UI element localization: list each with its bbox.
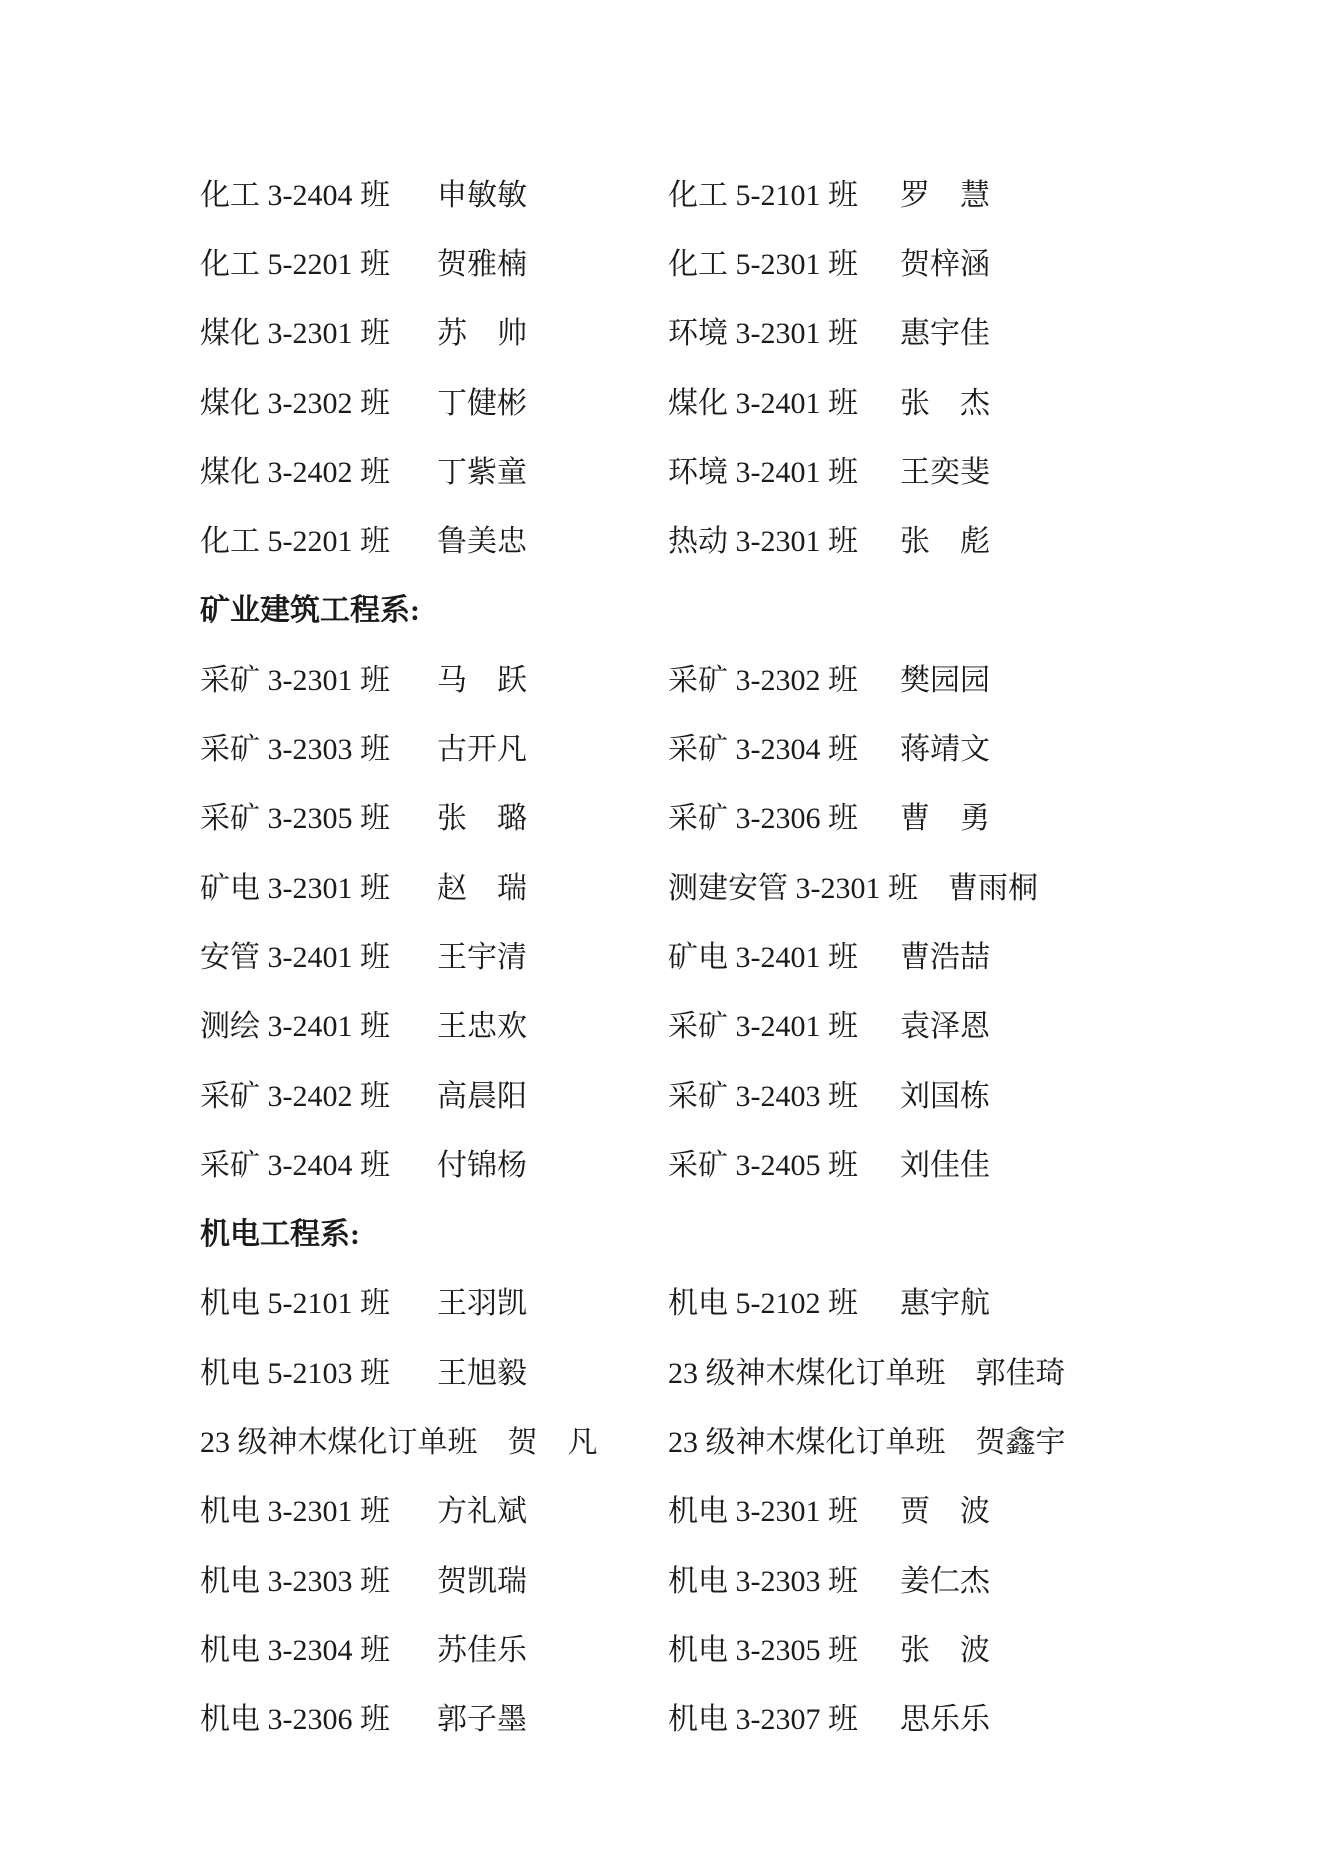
class-label: 采矿 3-2405 班: [668, 1151, 900, 1181]
class-label: 机电 3-2306 班: [200, 1705, 437, 1735]
student-name: 王奕斐: [900, 458, 990, 488]
roster-cell-right: 采矿 3-2405 班 刘佳佳: [668, 1151, 1282, 1181]
student-name: 张 杰: [900, 389, 990, 419]
class-label: 机电 3-2303 班: [668, 1567, 900, 1597]
student-name: 苏 帅: [437, 319, 527, 349]
student-name: 丁健彬: [437, 389, 527, 419]
class-label: 化工 3-2404 班: [200, 181, 437, 211]
class-label: 煤化 3-2301 班: [200, 319, 437, 349]
class-label: 煤化 3-2302 班: [200, 389, 437, 419]
student-name: 方礼斌: [437, 1497, 527, 1527]
class-label: 环境 3-2401 班: [668, 458, 900, 488]
class-label: 采矿 3-2401 班: [668, 1012, 900, 1042]
class-label: 23 级神木煤化订单班: [668, 1359, 976, 1389]
roster-cell-left: 化工 5-2201 班 鲁美忠: [200, 527, 668, 557]
roster-cell-left: 采矿 3-2404 班 付锦杨: [200, 1151, 668, 1181]
content: 化工 3-2404 班 申敏敏 化工 5-2101 班 罗 慧 化工 5-220…: [0, 161, 1322, 1755]
class-label: 23 级神木煤化订单班: [668, 1428, 976, 1458]
student-name: 王旭毅: [437, 1359, 527, 1389]
roster-row: 机电 5-2103 班 王旭毅 23 级神木煤化订单班 郭佳琦: [0, 1339, 1322, 1408]
student-name: 贺雅楠: [437, 250, 527, 280]
roster-cell-left: 机电 3-2304 班 苏佳乐: [200, 1636, 668, 1666]
roster-cell-left: 煤化 3-2302 班 丁健彬: [200, 389, 668, 419]
roster-cell-left: 机电 3-2301 班 方礼斌: [200, 1497, 668, 1527]
class-label: 采矿 3-2304 班: [668, 735, 900, 765]
roster-cell-right: 煤化 3-2401 班 张 杰: [668, 389, 1282, 419]
roster-row: 测绘 3-2401 班 王忠欢 采矿 3-2401 班 袁泽恩: [0, 993, 1322, 1062]
roster-row: 采矿 3-2305 班 张 璐 采矿 3-2306 班 曹 勇: [0, 785, 1322, 854]
roster-row: 矿电 3-2301 班 赵 瑞 测建安管 3-2301 班 曹雨桐: [0, 854, 1322, 923]
section-header: 机电工程系:: [0, 1200, 1322, 1269]
class-label: 煤化 3-2401 班: [668, 389, 900, 419]
student-name: 古开凡: [437, 735, 527, 765]
student-name: 张 波: [900, 1636, 990, 1666]
class-label: 采矿 3-2303 班: [200, 735, 437, 765]
student-name: 苏佳乐: [437, 1636, 527, 1666]
student-name: 申敏敏: [437, 181, 527, 211]
class-label: 安管 3-2401 班: [200, 943, 437, 973]
student-name: 丁紫童: [437, 458, 527, 488]
student-name: 贺鑫宇: [976, 1428, 1066, 1458]
roster-cell-right: 机电 3-2301 班 贾 波: [668, 1497, 1282, 1527]
student-name: 高晨阳: [437, 1082, 527, 1112]
student-name: 王羽凯: [437, 1289, 527, 1319]
roster-cell-left: 煤化 3-2402 班 丁紫童: [200, 458, 668, 488]
class-label: 机电 5-2101 班: [200, 1289, 437, 1319]
student-name: 王宇清: [437, 943, 527, 973]
class-label: 化工 5-2101 班: [668, 181, 900, 211]
student-name: 曹 勇: [900, 804, 990, 834]
class-label: 矿电 3-2301 班: [200, 874, 437, 904]
class-label: 环境 3-2301 班: [668, 319, 900, 349]
student-name: 马 跃: [437, 666, 527, 696]
class-label: 机电 5-2102 班: [668, 1289, 900, 1319]
roster-cell-left: 测绘 3-2401 班 王忠欢: [200, 1012, 668, 1042]
roster-cell-right: 采矿 3-2302 班 樊园园: [668, 666, 1282, 696]
roster-cell-right: 采矿 3-2403 班 刘国栋: [668, 1082, 1282, 1112]
class-label: 机电 3-2301 班: [200, 1497, 437, 1527]
roster-cell-right: 环境 3-2301 班 惠宇佳: [668, 319, 1282, 349]
roster-row: 化工 5-2201 班 贺雅楠 化工 5-2301 班 贺梓涵: [0, 230, 1322, 299]
roster-row: 采矿 3-2404 班 付锦杨 采矿 3-2405 班 刘佳佳: [0, 1131, 1322, 1200]
student-name: 袁泽恩: [900, 1012, 990, 1042]
roster-row: 机电 5-2101 班 王羽凯 机电 5-2102 班 惠宇航: [0, 1270, 1322, 1339]
roster-cell-left: 化工 3-2404 班 申敏敏: [200, 181, 668, 211]
student-name: 张 璐: [437, 804, 527, 834]
class-label: 采矿 3-2403 班: [668, 1082, 900, 1112]
roster-cell-left: 化工 5-2201 班 贺雅楠: [200, 250, 668, 280]
student-name: 罗 慧: [900, 181, 990, 211]
student-name: 王忠欢: [437, 1012, 527, 1042]
student-name: 惠宇佳: [900, 319, 990, 349]
student-name: 姜仁杰: [900, 1567, 990, 1597]
roster-cell-right: 矿电 3-2401 班 曹浩喆: [668, 943, 1282, 973]
roster-cell-left: 23 级神木煤化订单班 贺 凡: [200, 1428, 668, 1458]
class-label: 热动 3-2301 班: [668, 527, 900, 557]
class-label: 化工 5-2201 班: [200, 527, 437, 557]
student-name: 付锦杨: [437, 1151, 527, 1181]
class-label: 测绘 3-2401 班: [200, 1012, 437, 1042]
class-label: 化工 5-2201 班: [200, 250, 437, 280]
roster-cell-right: 采矿 3-2401 班 袁泽恩: [668, 1012, 1282, 1042]
roster-cell-right: 23 级神木煤化订单班 贺鑫宇: [668, 1428, 1282, 1458]
class-label: 采矿 3-2302 班: [668, 666, 900, 696]
class-label: 23 级神木煤化订单班: [200, 1428, 508, 1458]
section-header: 矿业建筑工程系:: [0, 577, 1322, 646]
student-name: 郭子墨: [437, 1705, 527, 1735]
roster-cell-left: 安管 3-2401 班 王宇清: [200, 943, 668, 973]
student-name: 樊园园: [900, 666, 990, 696]
class-label: 测建安管 3-2301 班: [668, 874, 948, 904]
student-name: 蒋靖文: [900, 735, 990, 765]
roster-cell-right: 热动 3-2301 班 张 彪: [668, 527, 1282, 557]
roster-row: 化工 5-2201 班 鲁美忠 热动 3-2301 班 张 彪: [0, 507, 1322, 576]
roster-cell-right: 采矿 3-2304 班 蒋靖文: [668, 735, 1282, 765]
class-label: 化工 5-2301 班: [668, 250, 900, 280]
class-label: 采矿 3-2305 班: [200, 804, 437, 834]
roster-cell-left: 采矿 3-2305 班 张 璐: [200, 804, 668, 834]
student-name: 刘国栋: [900, 1082, 990, 1112]
roster-cell-right: 环境 3-2401 班 王奕斐: [668, 458, 1282, 488]
roster-cell-left: 机电 5-2103 班 王旭毅: [200, 1359, 668, 1389]
student-name: 曹浩喆: [900, 943, 990, 973]
section-header-title: 机电工程系:: [200, 1220, 360, 1250]
roster-cell-left: 机电 3-2303 班 贺凯瑞: [200, 1567, 668, 1597]
roster-cell-right: 化工 5-2101 班 罗 慧: [668, 181, 1282, 211]
roster-cell-left: 机电 5-2101 班 王羽凯: [200, 1289, 668, 1319]
roster-row: 煤化 3-2301 班 苏 帅 环境 3-2301 班 惠宇佳: [0, 300, 1322, 369]
document-page: 化工 3-2404 班 申敏敏 化工 5-2101 班 罗 慧 化工 5-220…: [0, 0, 1322, 1871]
student-name: 郭佳琦: [976, 1359, 1066, 1389]
class-label: 机电 3-2301 班: [668, 1497, 900, 1527]
roster-cell-left: 采矿 3-2301 班 马 跃: [200, 666, 668, 696]
class-label: 机电 3-2307 班: [668, 1705, 900, 1735]
student-name: 鲁美忠: [437, 527, 527, 557]
roster-cell-right: 机电 3-2307 班 思乐乐: [668, 1705, 1282, 1735]
roster-row: 机电 3-2301 班 方礼斌 机电 3-2301 班 贾 波: [0, 1478, 1322, 1547]
class-label: 采矿 3-2404 班: [200, 1151, 437, 1181]
student-name: 刘佳佳: [900, 1151, 990, 1181]
roster-row: 煤化 3-2402 班 丁紫童 环境 3-2401 班 王奕斐: [0, 438, 1322, 507]
roster-row: 采矿 3-2303 班 古开凡 采矿 3-2304 班 蒋靖文: [0, 715, 1322, 784]
roster-cell-left: 机电 3-2306 班 郭子墨: [200, 1705, 668, 1735]
class-label: 采矿 3-2306 班: [668, 804, 900, 834]
class-label: 机电 3-2303 班: [200, 1567, 437, 1597]
roster-cell-left: 煤化 3-2301 班 苏 帅: [200, 319, 668, 349]
class-label: 机电 5-2103 班: [200, 1359, 437, 1389]
student-name: 贺 凡: [508, 1428, 598, 1458]
class-label: 采矿 3-2402 班: [200, 1082, 437, 1112]
roster-cell-right: 采矿 3-2306 班 曹 勇: [668, 804, 1282, 834]
student-name: 贺凯瑞: [437, 1567, 527, 1597]
student-name: 赵 瑞: [437, 874, 527, 904]
roster-cell-left: 矿电 3-2301 班 赵 瑞: [200, 874, 668, 904]
section-header-title: 矿业建筑工程系:: [200, 596, 420, 626]
roster-row: 化工 3-2404 班 申敏敏 化工 5-2101 班 罗 慧: [0, 161, 1322, 230]
roster-row: 安管 3-2401 班 王宇清 矿电 3-2401 班 曹浩喆: [0, 923, 1322, 992]
roster-row: 23 级神木煤化订单班 贺 凡 23 级神木煤化订单班 贺鑫宇: [0, 1408, 1322, 1477]
roster-row: 采矿 3-2301 班 马 跃 采矿 3-2302 班 樊园园: [0, 646, 1322, 715]
roster-cell-right: 机电 3-2305 班 张 波: [668, 1636, 1282, 1666]
class-label: 采矿 3-2301 班: [200, 666, 437, 696]
roster-cell-right: 化工 5-2301 班 贺梓涵: [668, 250, 1282, 280]
class-label: 机电 3-2305 班: [668, 1636, 900, 1666]
student-name: 思乐乐: [900, 1705, 990, 1735]
roster-row: 机电 3-2304 班 苏佳乐 机电 3-2305 班 张 波: [0, 1616, 1322, 1685]
roster-cell-left: 采矿 3-2303 班 古开凡: [200, 735, 668, 765]
class-label: 矿电 3-2401 班: [668, 943, 900, 973]
student-name: 曹雨桐: [948, 874, 1038, 904]
student-name: 贾 波: [900, 1497, 990, 1527]
roster-row: 采矿 3-2402 班 高晨阳 采矿 3-2403 班 刘国栋: [0, 1062, 1322, 1131]
roster-cell-right: 机电 3-2303 班 姜仁杰: [668, 1567, 1282, 1597]
roster-cell-left: 采矿 3-2402 班 高晨阳: [200, 1082, 668, 1112]
student-name: 张 彪: [900, 527, 990, 557]
class-label: 机电 3-2304 班: [200, 1636, 437, 1666]
roster-cell-right: 测建安管 3-2301 班 曹雨桐: [668, 874, 1282, 904]
roster-cell-right: 机电 5-2102 班 惠宇航: [668, 1289, 1282, 1319]
class-label: 煤化 3-2402 班: [200, 458, 437, 488]
roster-row: 煤化 3-2302 班 丁健彬 煤化 3-2401 班 张 杰: [0, 369, 1322, 438]
student-name: 惠宇航: [900, 1289, 990, 1319]
student-name: 贺梓涵: [900, 250, 990, 280]
roster-row: 机电 3-2303 班 贺凯瑞 机电 3-2303 班 姜仁杰: [0, 1547, 1322, 1616]
roster-cell-right: 23 级神木煤化订单班 郭佳琦: [668, 1359, 1282, 1389]
roster-row: 机电 3-2306 班 郭子墨 机电 3-2307 班 思乐乐: [0, 1686, 1322, 1755]
